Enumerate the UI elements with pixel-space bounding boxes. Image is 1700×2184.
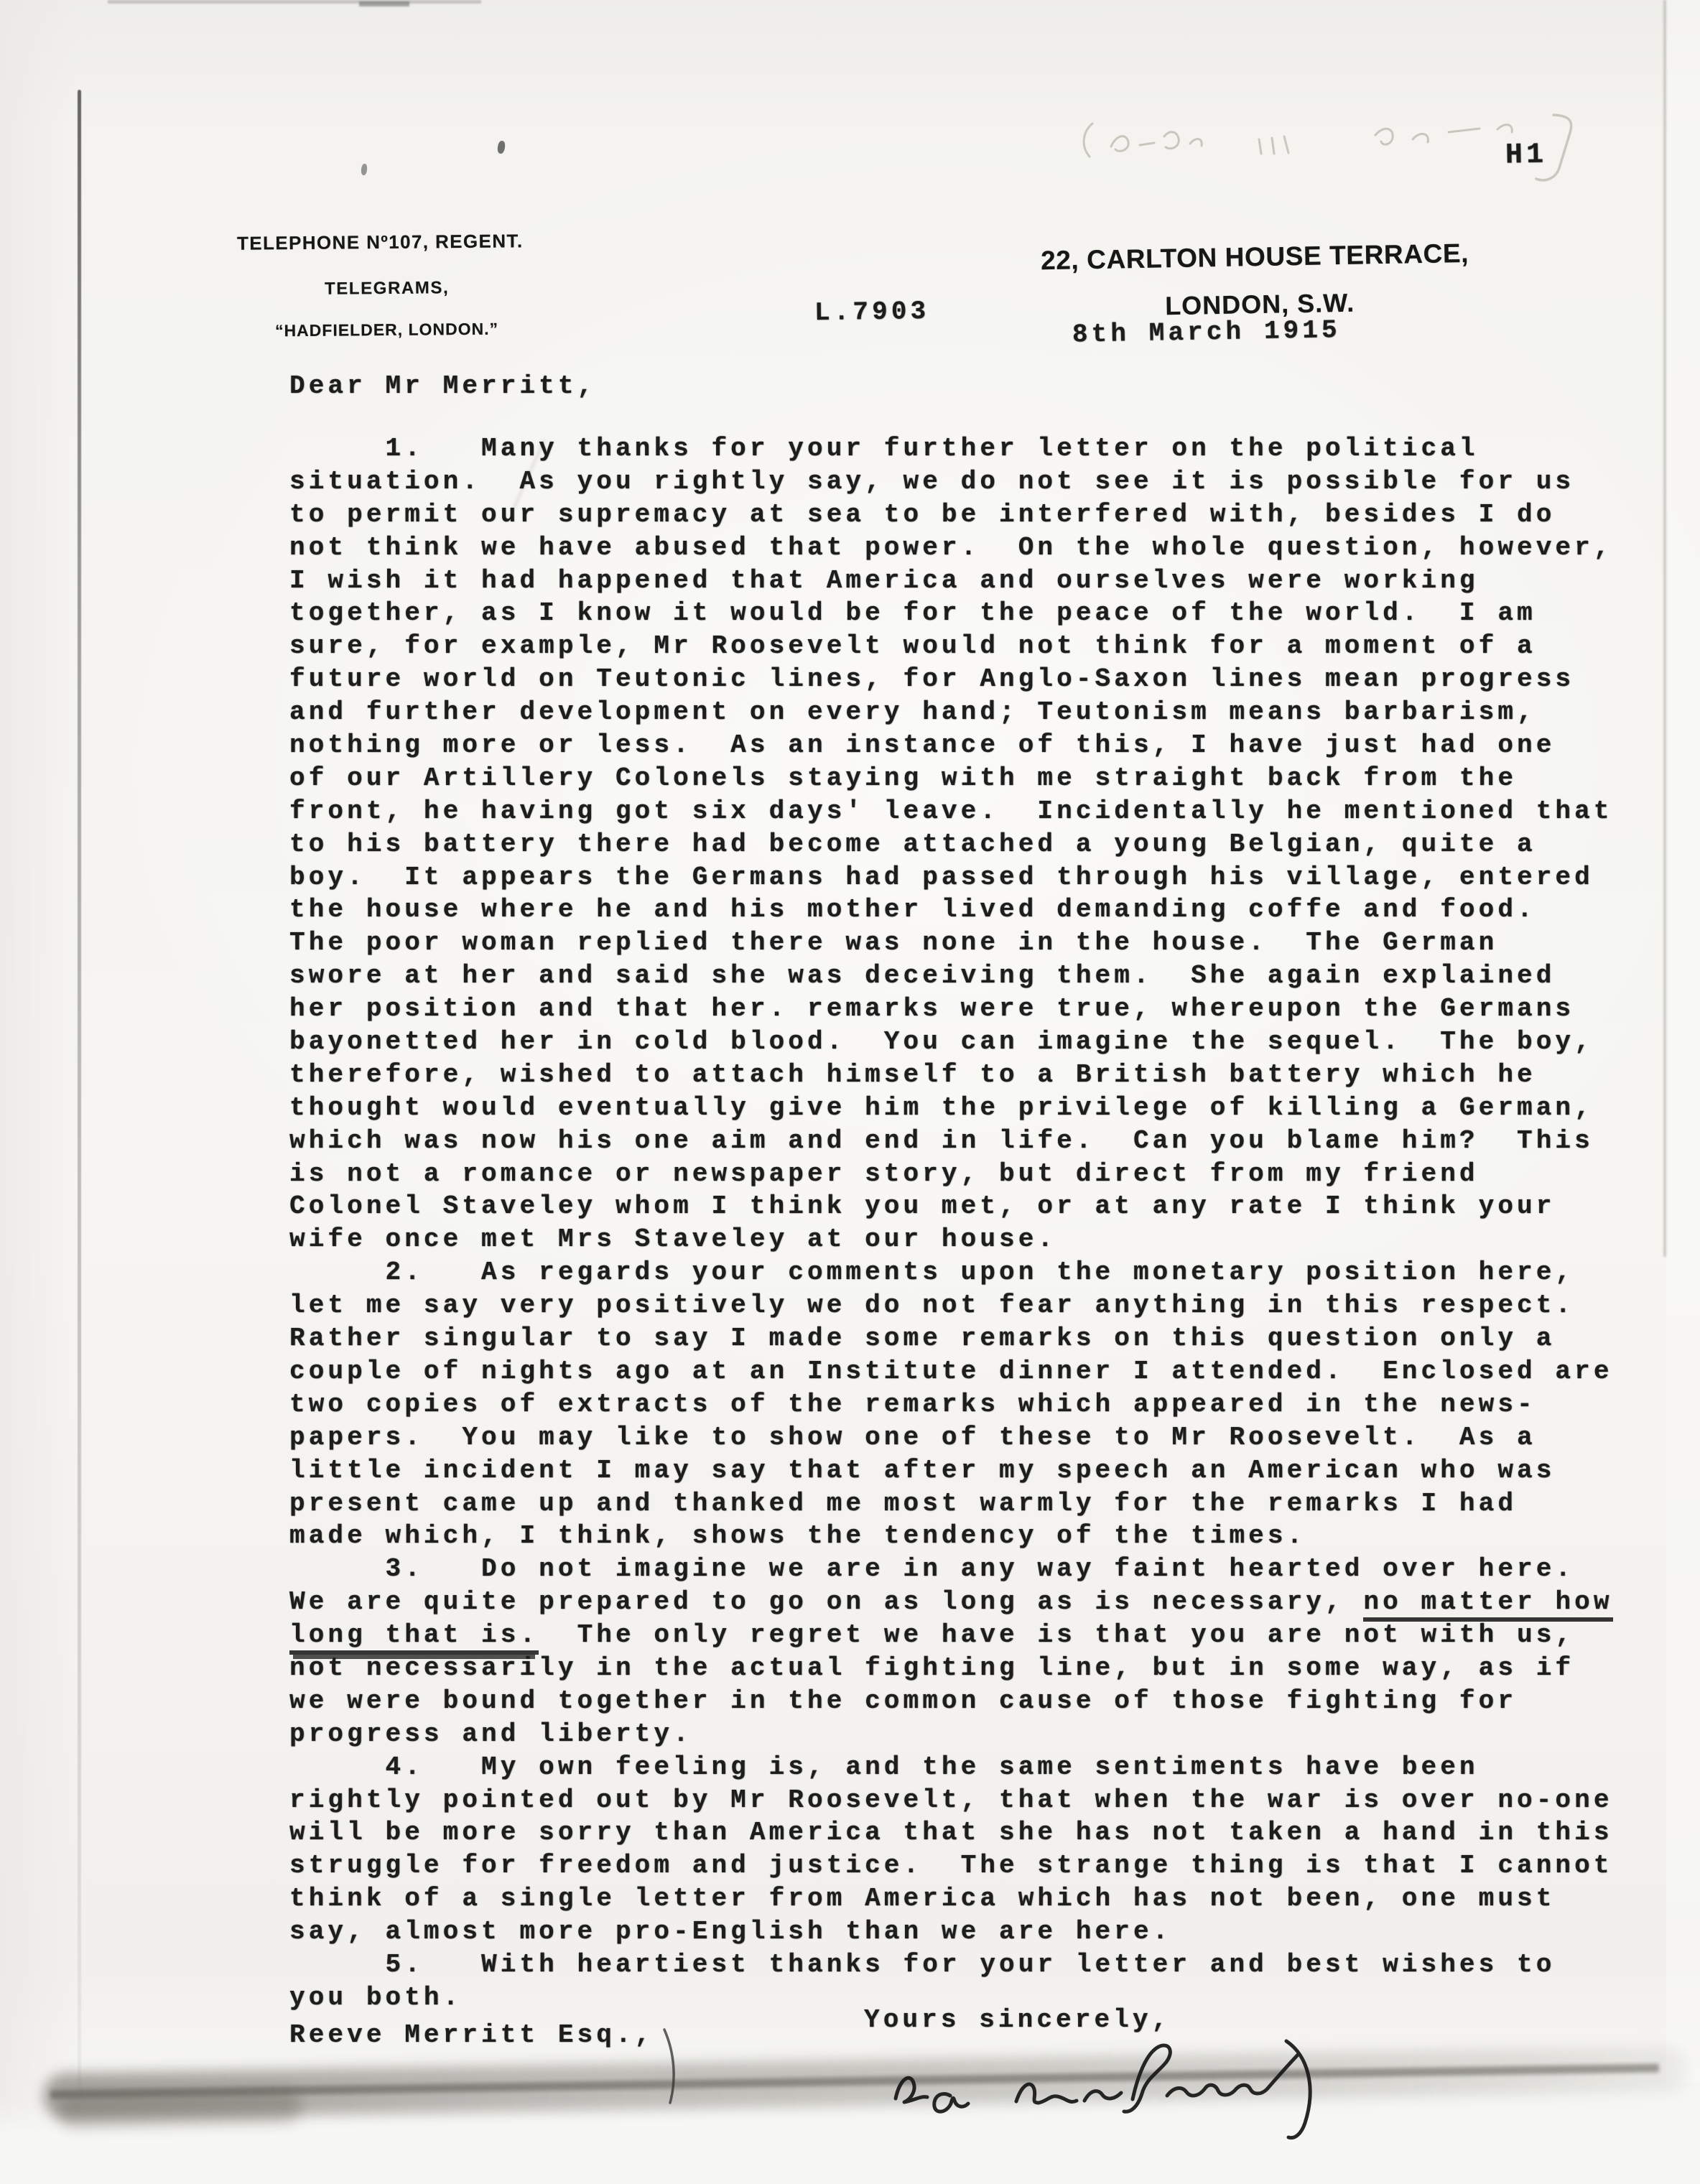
scanned-letter-document: { "scan": { "stamp_top_right": "H1" }, "… <box>0 0 1700 2184</box>
letter-line: 2. As regards your comments upon the mon… <box>289 1256 1613 1289</box>
letter-line: wife once met Mrs Staveley at our house. <box>289 1223 1613 1256</box>
signature <box>865 2032 1332 2169</box>
closing: Yours sincerely, <box>864 2005 1171 2035</box>
letter-line: let me say very positively we do not fea… <box>289 1289 1613 1322</box>
letter-line: bayonetted her in cold blood. You can im… <box>289 1026 1613 1059</box>
letter-page: H1 TELEPHONE Nº107, REGENT. TELEGRAMS, “… <box>0 0 1700 2184</box>
scan-top-streak <box>108 0 481 4</box>
letterhead-telegrams-label: TELEGRAMS, <box>325 278 450 299</box>
letterhead-telegraphic-address: “HADFIELDER, LONDON.” <box>275 320 498 341</box>
letter-line: We are quite prepared to go on as long a… <box>289 1586 1613 1619</box>
letterhead-address-block: 22, CARLTON HOUSE TERRACE, LONDON, S.W. … <box>1041 237 1560 354</box>
letter-line: thought would eventually give him the pr… <box>289 1092 1613 1125</box>
salutation: Dear Mr Merritt, <box>289 371 596 401</box>
letter-line: made which, I think, shows the tendency … <box>289 1520 1613 1553</box>
letter-line: long that is. The only regret we have is… <box>289 1619 1613 1652</box>
letter-line: not necessarily in the actual fighting l… <box>289 1652 1613 1685</box>
letter-line: and further development on every hand; T… <box>289 696 1613 729</box>
letter-line: little incident I may say that after my … <box>289 1454 1613 1487</box>
letter-date: 8th March 1915 <box>1072 315 1342 350</box>
address-line-1: 22, CARLTON HOUSE TERRACE, <box>1041 238 1469 276</box>
letter-line: the house where he and his mother lived … <box>289 893 1613 926</box>
letter-body: 1. Many thanks for your further letter o… <box>289 432 1613 2015</box>
letter-line: front, he having got six days' leave. In… <box>289 795 1613 828</box>
letter-line: say, almost more pro-English than we are… <box>289 1915 1613 1948</box>
letter-line: 5. With heartiest thanks for your letter… <box>289 1948 1613 1981</box>
letter-line: her position and that her. remarks were … <box>289 993 1613 1026</box>
letter-line: Rather singular to say I made some remar… <box>289 1322 1613 1355</box>
scan-right-margin-shading <box>1666 0 1700 2083</box>
scan-left-margin-shading <box>0 0 78 2184</box>
recipient: Reeve Merritt Esq., <box>289 2020 654 2050</box>
letter-line: rightly pointed out by Mr Roosevelt, tha… <box>289 1784 1613 1817</box>
letter-line: of our Artillery Colonels staying with m… <box>289 762 1613 795</box>
letterhead-telephone: TELEPHONE Nº107, REGENT. <box>237 230 524 254</box>
letter-line: is not a romance or newspaper story, but… <box>289 1158 1613 1191</box>
letter-line: boy. It appears the Germans had passed t… <box>289 861 1613 894</box>
letter-line: therefore, wished to attach himself to a… <box>289 1059 1613 1092</box>
letter-line: swore at her and said she was deceiving … <box>289 959 1613 993</box>
letter-line: I wish it had happened that America and … <box>289 564 1613 598</box>
letter-line: 3. Do not imagine we are in any way fain… <box>289 1553 1613 1586</box>
letter-line: to permit our supremacy at sea to be int… <box>289 498 1613 531</box>
letter-line: struggle for freedom and justice. The st… <box>289 1849 1613 1882</box>
stray-pen-mark <box>650 2024 693 2110</box>
letter-line: Colonel Staveley whom I think you met, o… <box>289 1190 1613 1223</box>
letter-line: couple of nights ago at an Institute din… <box>289 1355 1613 1388</box>
letter-line: 4. My own feeling is, and the same senti… <box>289 1751 1613 1784</box>
scan-top-mark <box>359 1 409 6</box>
letter-line: not think we have abused that power. On … <box>289 531 1613 564</box>
letter-line: situation. As you rightly say, we do not… <box>289 465 1613 498</box>
paper-left-edge-line <box>78 90 81 2094</box>
letter-line: together, as I know it would be for the … <box>289 597 1613 630</box>
letter-line: sure, for example, Mr Roosevelt would no… <box>289 630 1613 663</box>
letter-line: progress and liberty. <box>289 1718 1613 1751</box>
letter-line: future world on Teutonic lines, for Angl… <box>289 663 1613 696</box>
letter-line: The poor woman replied there was none in… <box>289 926 1613 959</box>
letter-line: to his battery there had become attached… <box>289 828 1613 861</box>
reference-number: L.7903 <box>814 297 930 327</box>
ink-speck <box>497 140 506 154</box>
paper-bottom-edge-blotch <box>57 2088 302 2127</box>
page-stamp: H1 <box>1505 139 1548 172</box>
ink-speck <box>361 164 368 176</box>
letter-line: think of a single letter from America wh… <box>289 1882 1613 1915</box>
letter-line: we were bound together in the common cau… <box>289 1685 1613 1718</box>
letter-line: will be more sorry than America that she… <box>289 1816 1613 1849</box>
letter-line: papers. You may like to show one of thes… <box>289 1421 1613 1454</box>
letter-line: 1. Many thanks for your further letter o… <box>289 432 1613 465</box>
letter-line: nothing more or less. As an instance of … <box>289 729 1613 762</box>
letter-line: two copies of extracts of the remarks wh… <box>289 1388 1613 1421</box>
paper-right-edge-line <box>1663 0 1666 1257</box>
letter-line: present came up and thanked me most warm… <box>289 1487 1613 1520</box>
letter-line: which was now his one aim and end in lif… <box>289 1125 1613 1158</box>
